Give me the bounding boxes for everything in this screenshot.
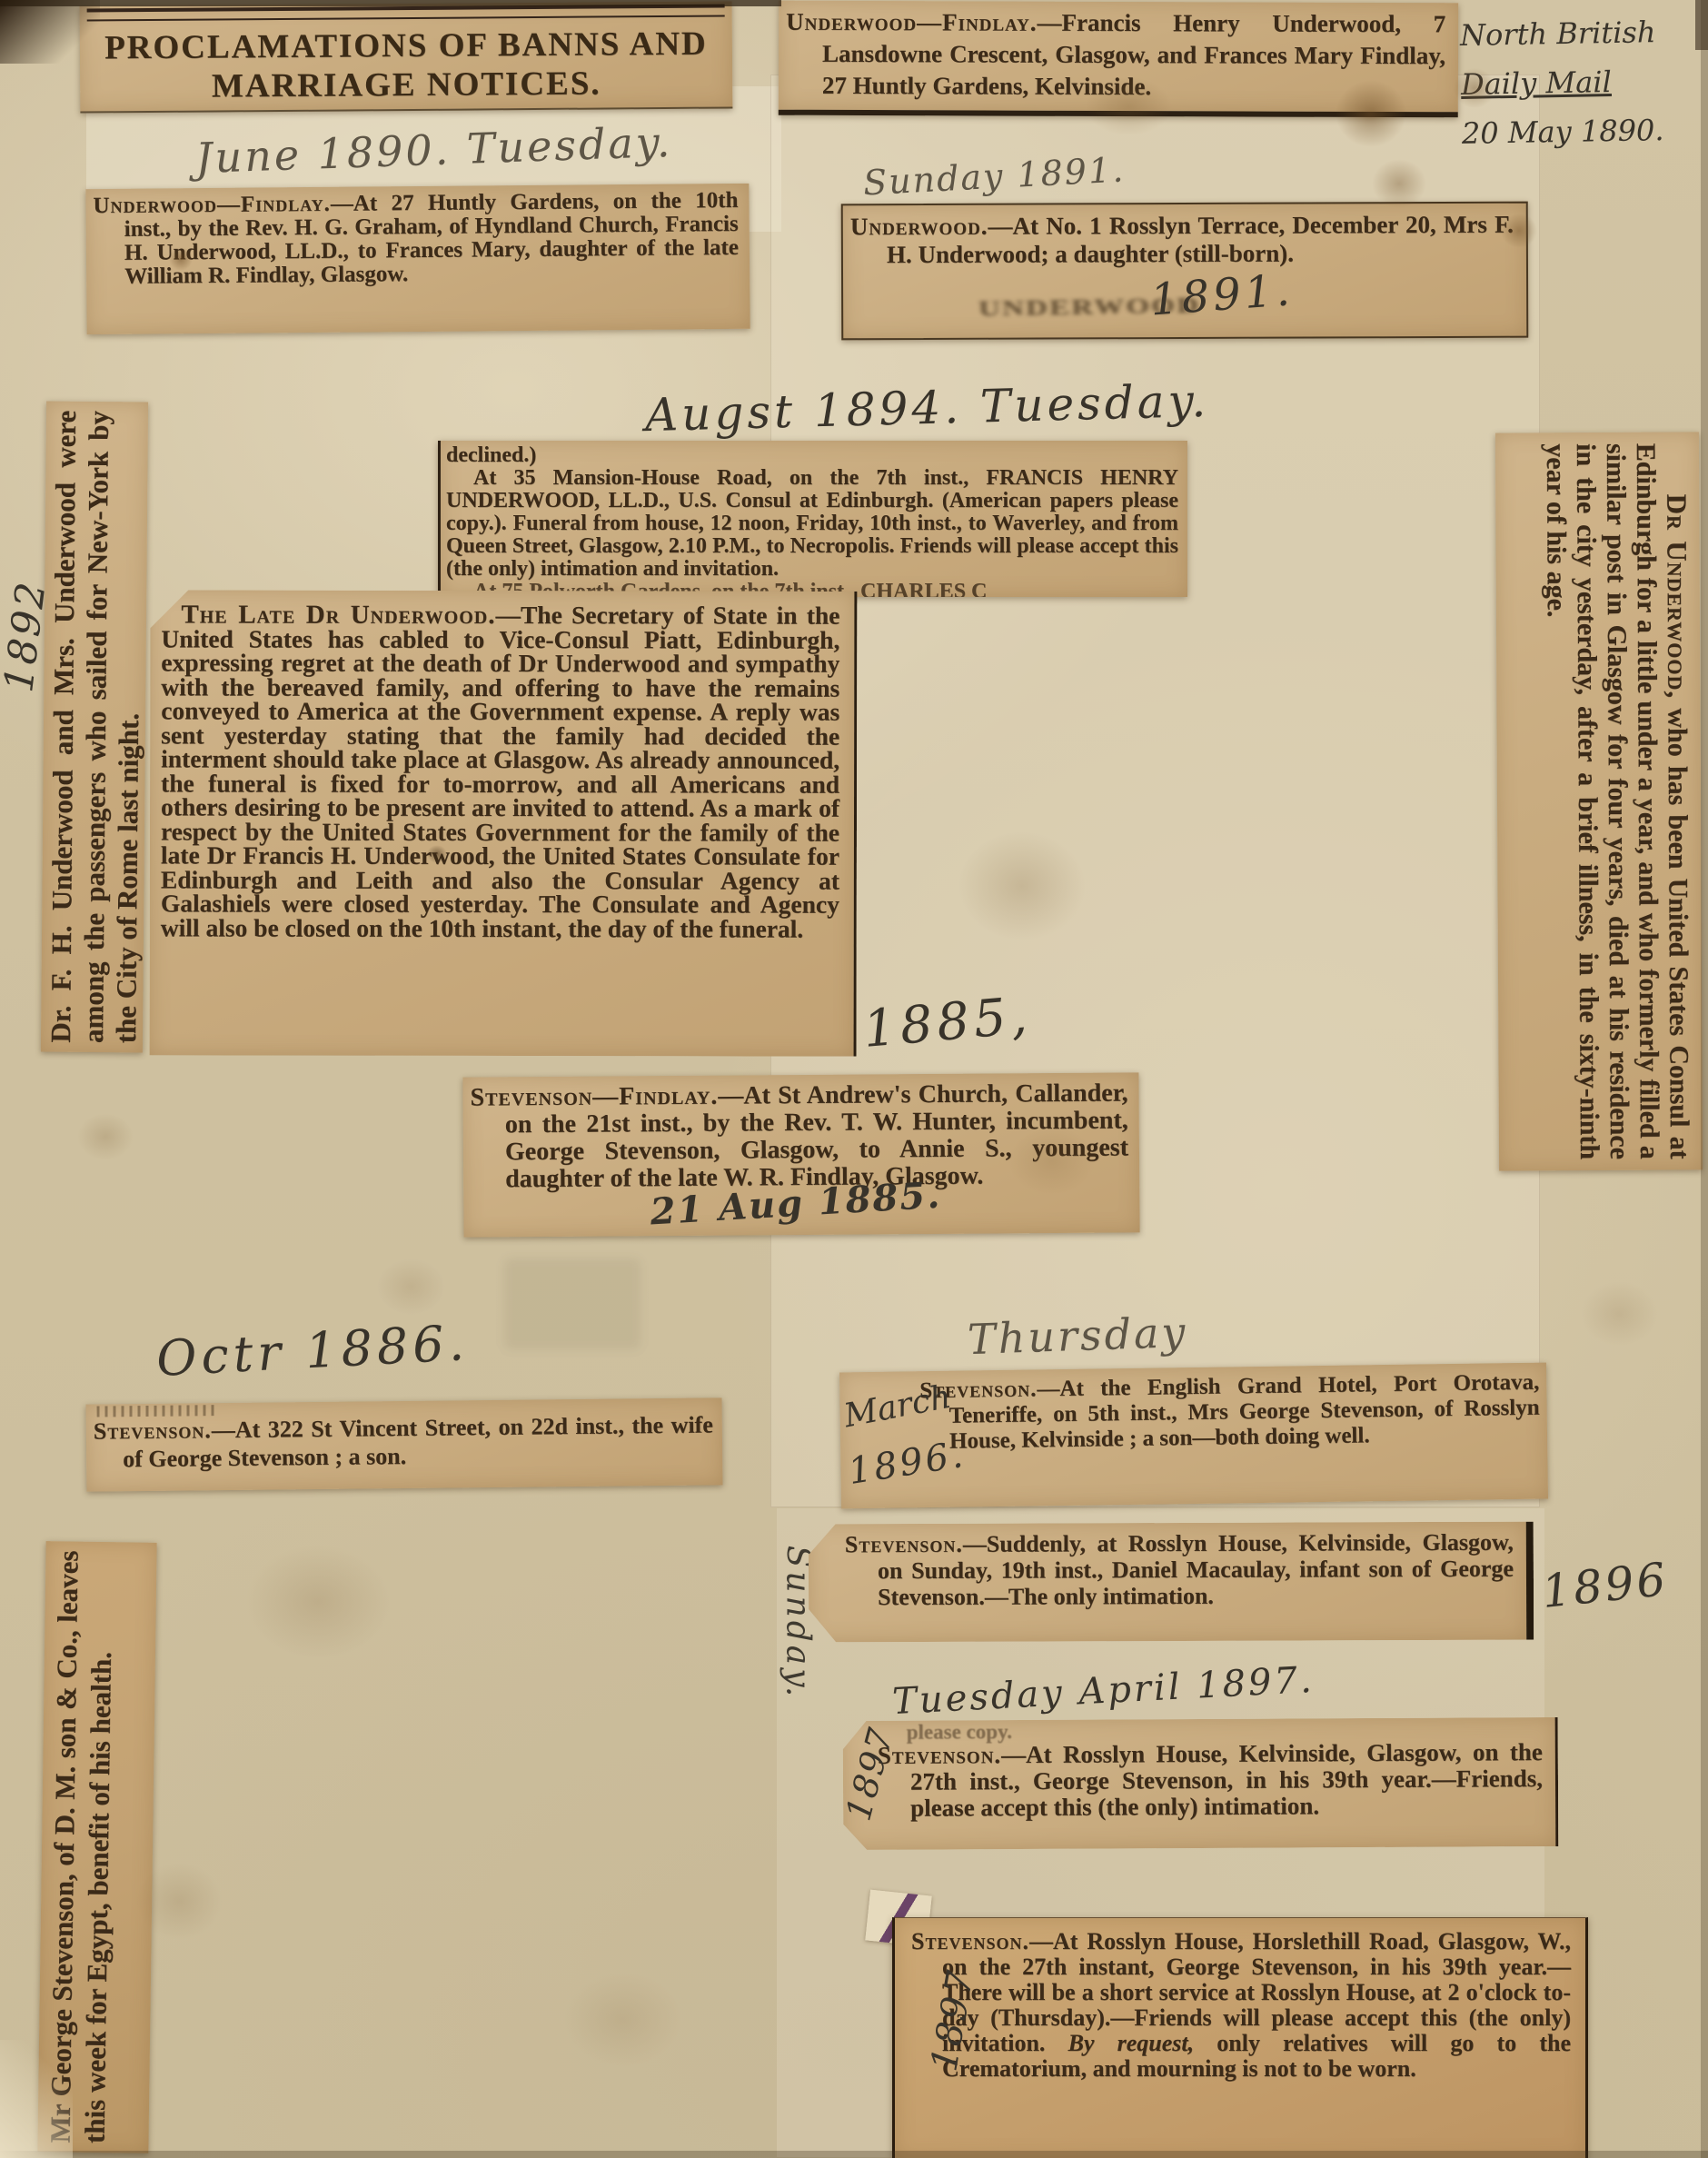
clipping-banns-header: PROCLAMATIONS OF BANNS AND MARRIAGE NOTI… <box>80 1 733 113</box>
clipping-stevenson-son-1886: Stevenson.—At 322 St Vincent Street, on … <box>86 1397 723 1491</box>
stain <box>377 1258 445 1315</box>
dark-corner-top-left <box>0 0 100 64</box>
notice-lead: Underwood—Findlay. <box>786 8 1038 36</box>
notice-emphasis: By request, <box>1068 2030 1195 2056</box>
clipping-late-dr-underwood: The Late Dr Underwood.—The Secretary of … <box>150 590 858 1056</box>
clipping-underwood-findlay-banns: Underwood—Findlay.—Francis Henry Underwo… <box>779 1 1458 118</box>
annotation-year-1896: 1896 <box>1539 1553 1671 1618</box>
clipping-stevenson-son-1896: March 1896. Stevenson.—At the English Gr… <box>839 1363 1548 1509</box>
notice-lead: Dr Underwood, <box>1661 493 1693 699</box>
notice-body: —Suddenly, at Rosslyn House, Kelvinside,… <box>878 1529 1514 1610</box>
shadow-edge-right <box>1701 0 1708 2158</box>
notice-body: —At Rosslyn House, Kelvinside, Glasgow, … <box>910 1738 1543 1822</box>
notice-lead: Stevenson. <box>845 1531 963 1557</box>
annotation-newspaper-line2: Daily Mail <box>1461 56 1664 109</box>
notice-body: —The Secretary of State in the United St… <box>161 601 840 942</box>
page-title: PROCLAMATIONS OF BANNS AND MARRIAGE NOTI… <box>80 16 733 106</box>
ghost-showthrough <box>504 1258 640 1349</box>
annotation-thursday: Thursday <box>967 1308 1188 1364</box>
annotation-sunday-vertical: Sunday. <box>778 1510 818 1735</box>
stain <box>245 1545 391 1658</box>
clipping-underwood-daughter: Underwood.—At No. 1 Rosslyn Terrace, Dec… <box>841 202 1529 341</box>
stain <box>77 1113 134 1160</box>
annotation-year-1892-text: 1892 <box>0 577 55 694</box>
annotation-year-1891: 1891. <box>1148 264 1295 325</box>
annotation-newspaper-source: North British Daily Mail 20 May 1890. <box>1460 7 1664 158</box>
clipping-stevenson-findlay: Stevenson—Findlay.—At St Andrew's Church… <box>462 1072 1139 1237</box>
notice-lead: Stevenson. <box>94 1417 212 1444</box>
clipping-underwood-funeral: declined.) At 35 Mansion-House Road, on … <box>438 441 1187 597</box>
notice-body: —At 322 St Vincent Street, on 22d inst.,… <box>123 1411 713 1472</box>
annotation-march-1896-year: 1896. <box>846 1434 968 1493</box>
stain <box>563 1972 681 2067</box>
notice-lead: Stevenson. <box>911 1928 1029 1954</box>
notice-pre: please copy. <box>843 1717 1555 1743</box>
shadow-edge-bottom <box>0 2151 1708 2158</box>
notice-pre: declined.) <box>441 441 1187 467</box>
clipping-underwood-findlay-marriage: Underwood—Findlay.—At 27 Huntly Gardens,… <box>85 184 750 334</box>
clipping-dr-underwood-died: Dr Underwood, who has been United States… <box>1495 432 1703 1170</box>
dark-edge-top <box>0 0 781 6</box>
torn-text-fragment <box>97 1405 215 1417</box>
notice-body: —At the English Grand Hotel, Port Orotav… <box>948 1370 1539 1454</box>
clipping-stevenson-death: please copy. Stevenson.—At Rosslyn House… <box>843 1717 1559 1850</box>
clipping-underwood-sailed: Dr. F. H. Underwood and Mrs. Underwood w… <box>41 402 148 1053</box>
clipping-stevenson-funeral: Stevenson.—At Rosslyn House, Horslethill… <box>892 1917 1588 2158</box>
notice-lead: Stevenson—Findlay. <box>470 1082 718 1112</box>
annotation-oct-1886: Octr 1886. <box>155 1314 471 1387</box>
annotation-newspaper-line1: North British <box>1460 7 1663 60</box>
stain <box>1581 1281 1658 1347</box>
page-fold-bottom-left <box>0 2040 73 2158</box>
notice-lead: Underwood—Findlay. <box>93 192 331 218</box>
annotation-newspaper-line3: 20 May 1890. <box>1461 105 1664 158</box>
clipping-stevenson-infant-death: Stevenson.—Suddenly, at Rosslyn House, K… <box>809 1522 1534 1643</box>
annotation-year-1892: 1892 <box>0 577 50 695</box>
notice-body: Dr. F. H. Underwood and Mrs. Underwood w… <box>41 402 152 1053</box>
notice-body: At 35 Mansion-House Road, on the 7th ins… <box>441 467 1187 581</box>
scrapbook-page: PROCLAMATIONS OF BANNS AND MARRIAGE NOTI… <box>0 0 1708 2158</box>
notice-lead: Underwood. <box>850 213 988 241</box>
